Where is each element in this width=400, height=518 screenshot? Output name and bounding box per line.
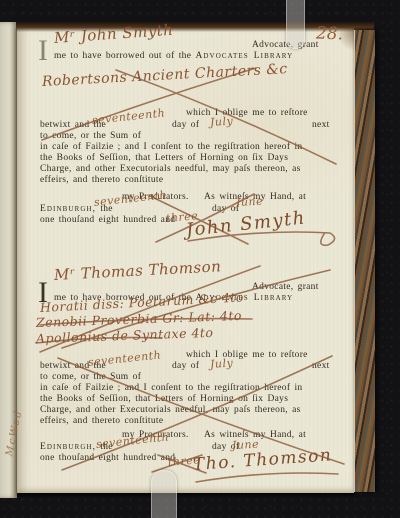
printed-failzie-line: in caſe of Failzie ; and I conſent to th… — [40, 142, 302, 152]
handwritten-restore-month: July — [210, 356, 234, 371]
borrowed-pre: me to have borrowed out of the — [54, 51, 191, 61]
printed-session-line: the Books of Seſſion, that Letters of Ho… — [40, 394, 288, 404]
printed-session-line: the Books of Seſſion, that Letters of Ho… — [40, 153, 288, 163]
printed-oblige-line: which I oblige me to reſtore — [186, 108, 308, 118]
ledger-photo: 28. McWod I Advocate, grant me to have b… — [0, 0, 400, 518]
marbled-fore-edge — [354, 30, 375, 492]
handwritten-restore-month: July — [210, 114, 234, 129]
page-strap-top — [286, 0, 305, 49]
edinburgh-word: Edinburgh, — [40, 204, 96, 214]
printed-charge-line: Charge, and other Executorials needful, … — [40, 164, 301, 174]
printed-day-of: day of — [172, 361, 199, 371]
printed-advocate-grant: Advocate, grant — [252, 282, 319, 292]
library-name: Advocates Library — [195, 51, 293, 61]
printed-sum-line: to come, or the Sum of — [40, 131, 141, 141]
printed-constitute-line: effeirs, and thereto conſtitute — [40, 416, 163, 426]
printed-year-line: one thouſand eight hundred and — [40, 453, 175, 463]
printed-day-of: day of — [172, 120, 199, 130]
handwritten-date-month: June — [236, 195, 264, 209]
printed-failzie-line: in caſe of Failzie ; and I conſent to th… — [40, 383, 302, 393]
printed-constitute-line: effeirs, and thereto conſtitute — [40, 175, 163, 185]
printed-charge-line: Charge, and other Executorials needful, … — [40, 405, 301, 415]
printed-sum-line: to come, or the Sum of — [40, 372, 141, 382]
printed-next: next — [312, 120, 330, 130]
printed-oblige-line: which I oblige me to reſtore — [186, 350, 308, 360]
printed-next: next — [312, 361, 330, 371]
edinburgh-word: Edinburgh, — [40, 442, 96, 452]
dropcap-i: I — [38, 36, 48, 66]
folio-number: 28. — [316, 24, 344, 45]
printed-year-line: one thouſand eight hundred and — [40, 215, 175, 225]
printed-borrowed-line: me to have borrowed out of the Advocates… — [54, 51, 293, 61]
page-strap-bottom — [151, 470, 177, 518]
